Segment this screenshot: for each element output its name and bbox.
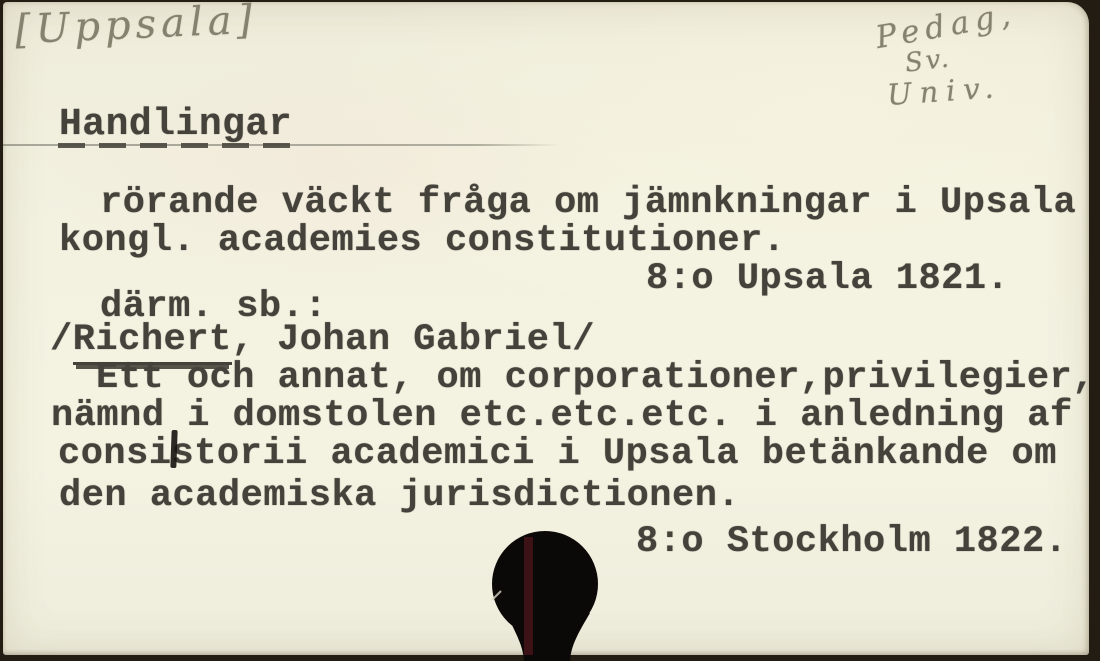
author-rest: , Johan Gabriel/ — [232, 319, 595, 361]
scanned-catalog-card-page: { "card": { "handwritten_place": "[Uppsa… — [0, 0, 1100, 661]
entry2-line3: consistorii academici i Upsala betänkand… — [58, 434, 1057, 474]
catalog-rod-punch-hole — [480, 525, 610, 661]
entry1-line1: rörande väckt fråga om jämnkningar i Ups… — [100, 183, 1076, 223]
card-title: Handlingar — [59, 105, 292, 145]
author-line: /Richert, Johan Gabriel/ — [50, 320, 595, 360]
punch-hole-circle — [492, 531, 598, 637]
entry2-imprint: 8:o Stockholm 1822. — [636, 522, 1067, 562]
entry1-imprint: 8:o Upsala 1821. — [646, 259, 1009, 299]
entry2-line2: nämnd i domstolen etc.etc.etc. i anledni… — [51, 396, 1073, 436]
handwritten-place-note: [Uppsala] — [14, 0, 258, 53]
entry2-line1: Ett och annat, om corporationer,privileg… — [96, 358, 1095, 398]
author-prefix-slash: / — [50, 319, 73, 361]
title-dashed-underline — [58, 143, 294, 148]
entry2-line4: den academiska jurisdictionen. — [59, 476, 740, 516]
rod-reflection-stripe — [524, 537, 533, 655]
handwritten-subject-note-line3: Univ. — [886, 70, 1003, 112]
entry1-line2: kongl. academies constitutioner. — [59, 221, 786, 261]
